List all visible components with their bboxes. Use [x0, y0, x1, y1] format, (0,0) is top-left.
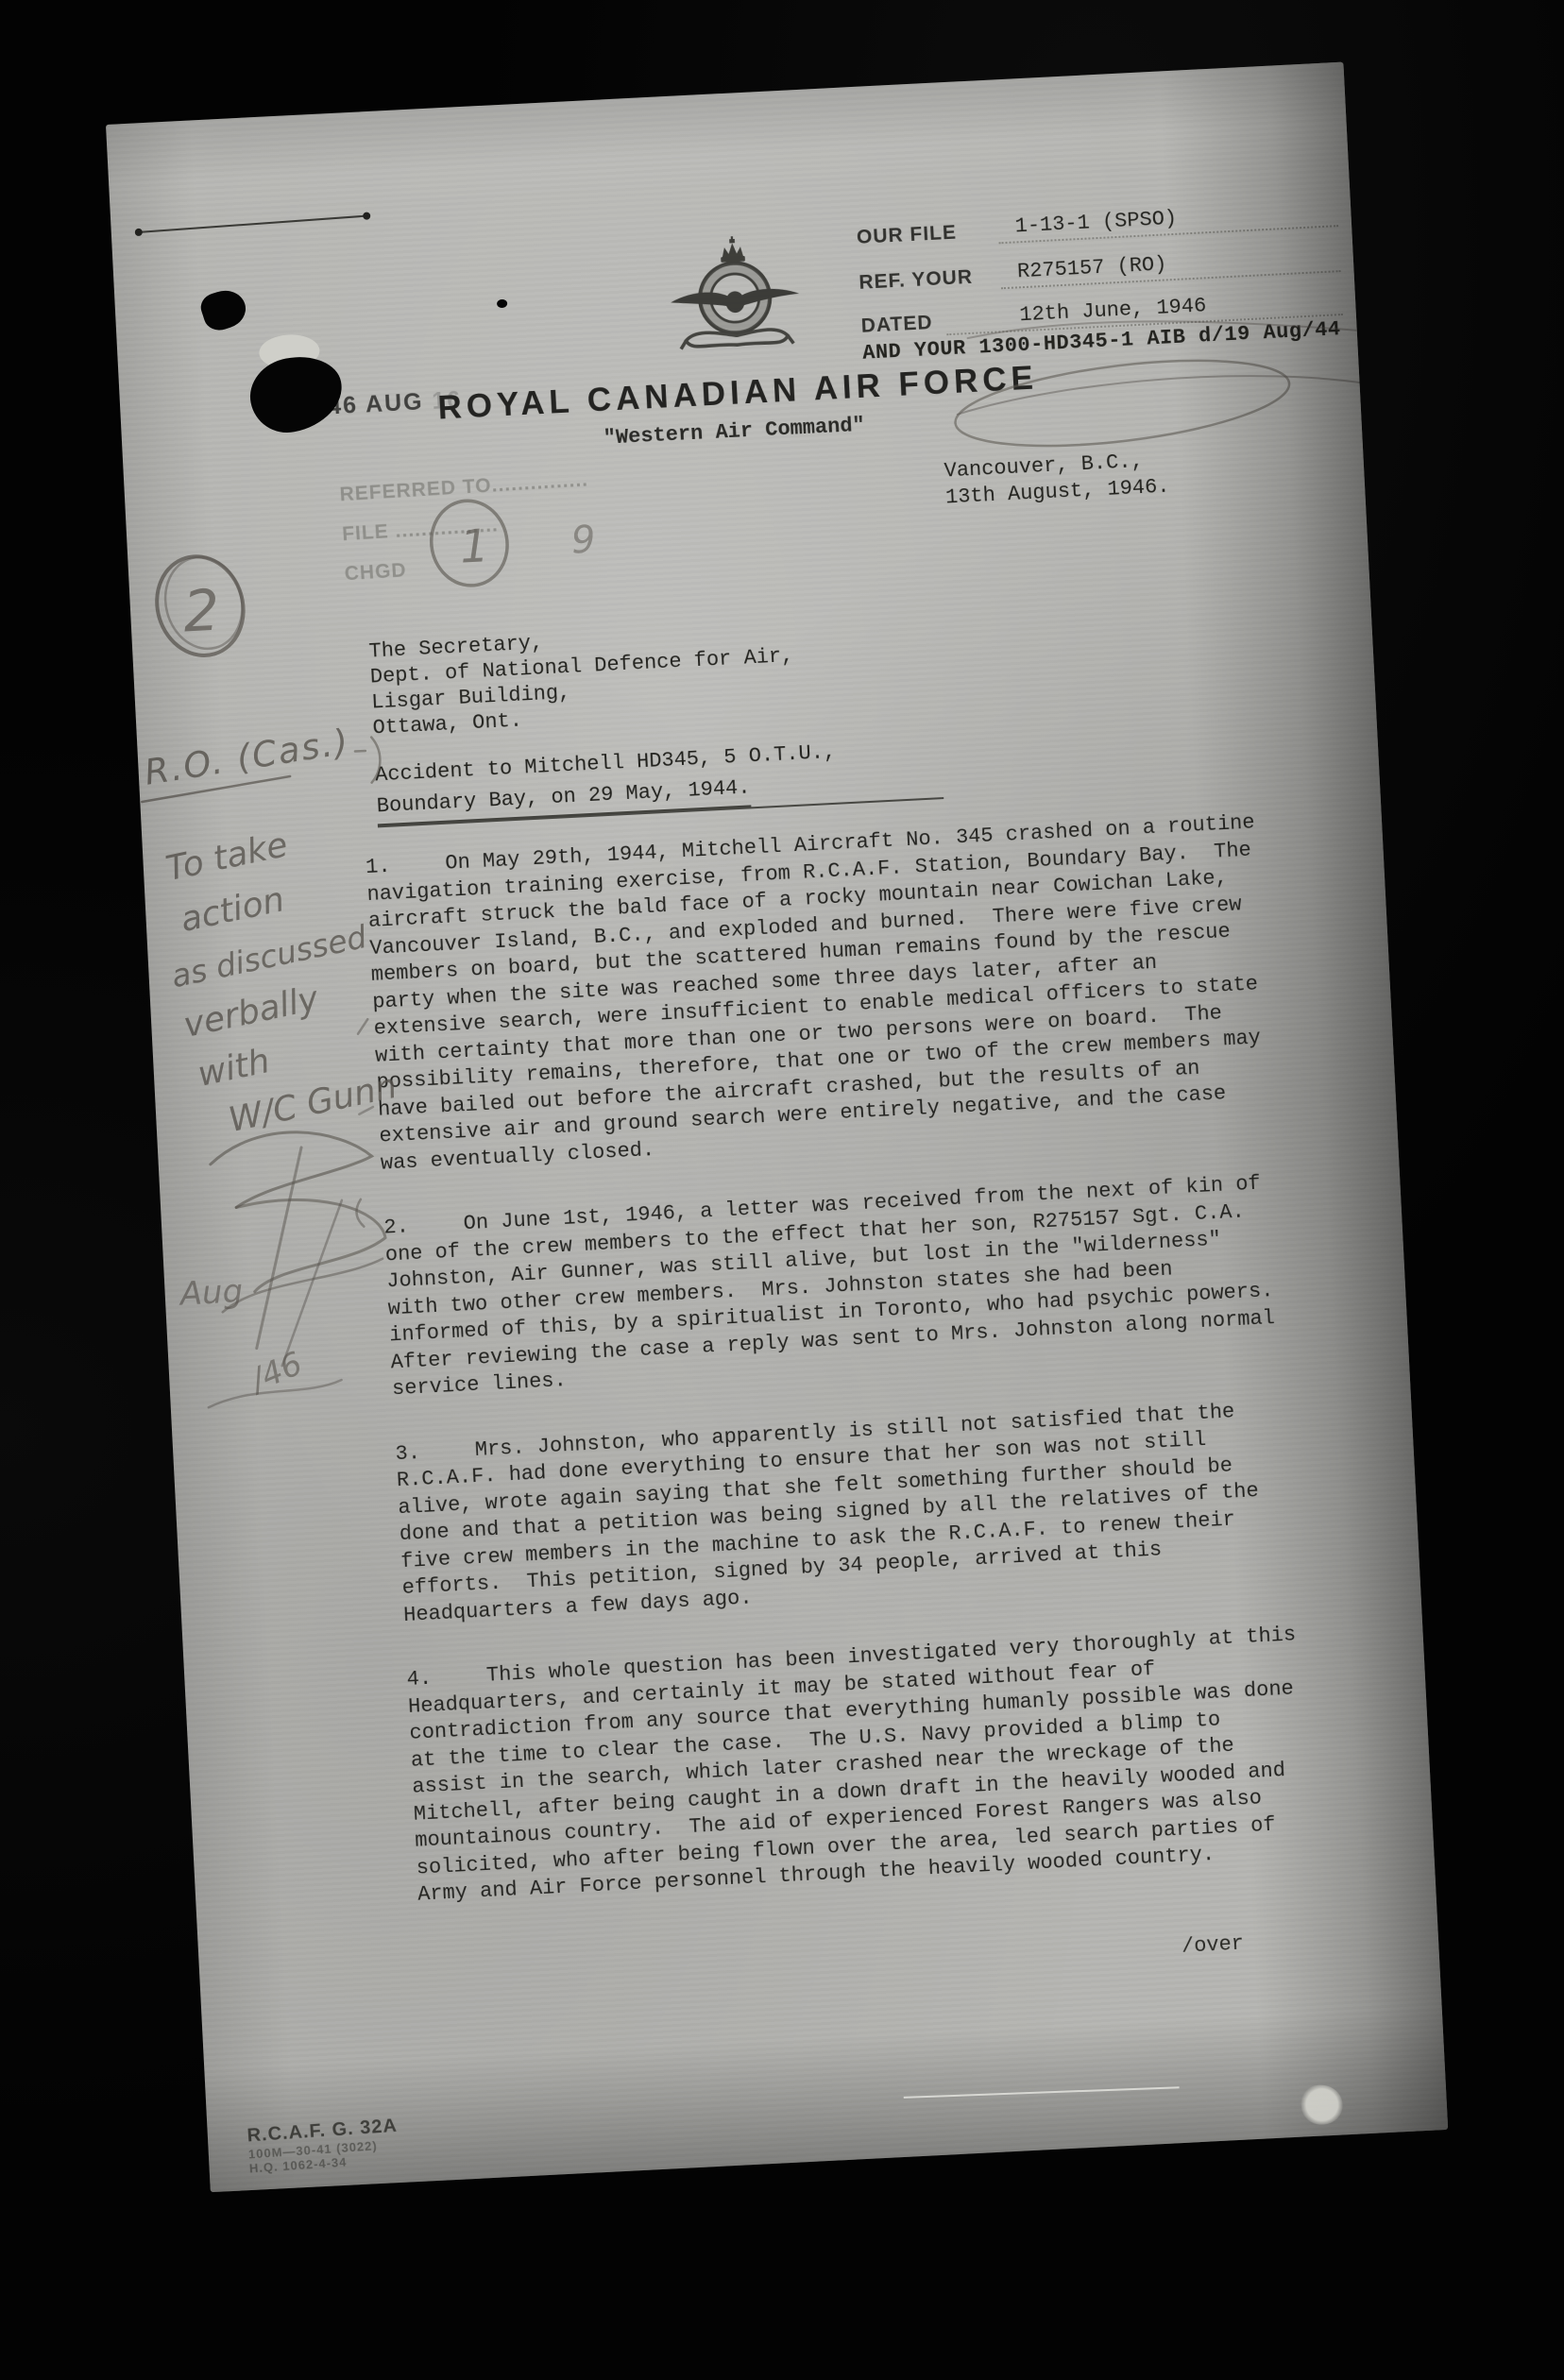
paragraph-2: 2.On June 1st, 1946, a letter was receiv… [383, 1170, 1287, 1403]
paragraph-number: 3. [395, 1440, 421, 1465]
paragraph-text: On May 29th, 1944, Mitchell Aircraft No.… [366, 810, 1274, 1175]
paragraph-text: This whole question has been investigate… [408, 1623, 1309, 1907]
recipient-address: The Secretary, Dept. of National Defence… [368, 618, 797, 741]
paragraph-number: 2. [383, 1215, 410, 1239]
letter-body: 1.On May 29th, 1944, Mitchell Aircraft N… [365, 809, 1314, 1946]
paragraph-4: 4.This whole question has been investiga… [406, 1622, 1313, 1909]
paragraph-number: 1. [365, 855, 392, 879]
place-date-block: Vancouver, B.C., 13th August, 1946. [943, 448, 1170, 512]
page-title: ROYAL CANADIAN AIR FORCE [428, 359, 1048, 428]
rcaf-crest-icon [665, 228, 806, 368]
file-row-our-file: OUR FILE 1-13-1 (SPSO) [856, 202, 1344, 257]
paragraph-3: 3.Mrs. Johnston, who apparently is still… [395, 1396, 1299, 1629]
subject-block: Accident to Mitchell HD345, 5 O.T.U., Bo… [374, 737, 838, 826]
paragraph-text: On June 1st, 1946, a letter was received… [384, 1171, 1299, 1401]
letter-page: OUR FILE 1-13-1 (SPSO) REF. YOUR R275157… [106, 62, 1448, 2193]
dated-label: DATED [860, 312, 933, 338]
form-number-stamp: R.C.A.F. G. 32A 100M—30-41 (3022) H.Q. 1… [246, 2116, 400, 2176]
paragraph-text: Mrs. Johnston, who apparently is still n… [396, 1399, 1271, 1626]
referred-stamp: REFERRED TO............... FILE ........… [338, 460, 594, 594]
over-notation: /over [1181, 1932, 1244, 1959]
ref-your-value: R275157 (RO) [1016, 252, 1166, 283]
paragraph-1: 1.On May 29th, 1944, Mitchell Aircraft N… [365, 809, 1275, 1178]
paragraph-number: 4. [406, 1667, 433, 1691]
our-file-label: OUR FILE [856, 222, 957, 249]
scanner-background: OUR FILE 1-13-1 (SPSO) REF. YOUR R275157… [0, 0, 1564, 2380]
ref-your-label: REF. YOUR [858, 266, 974, 295]
